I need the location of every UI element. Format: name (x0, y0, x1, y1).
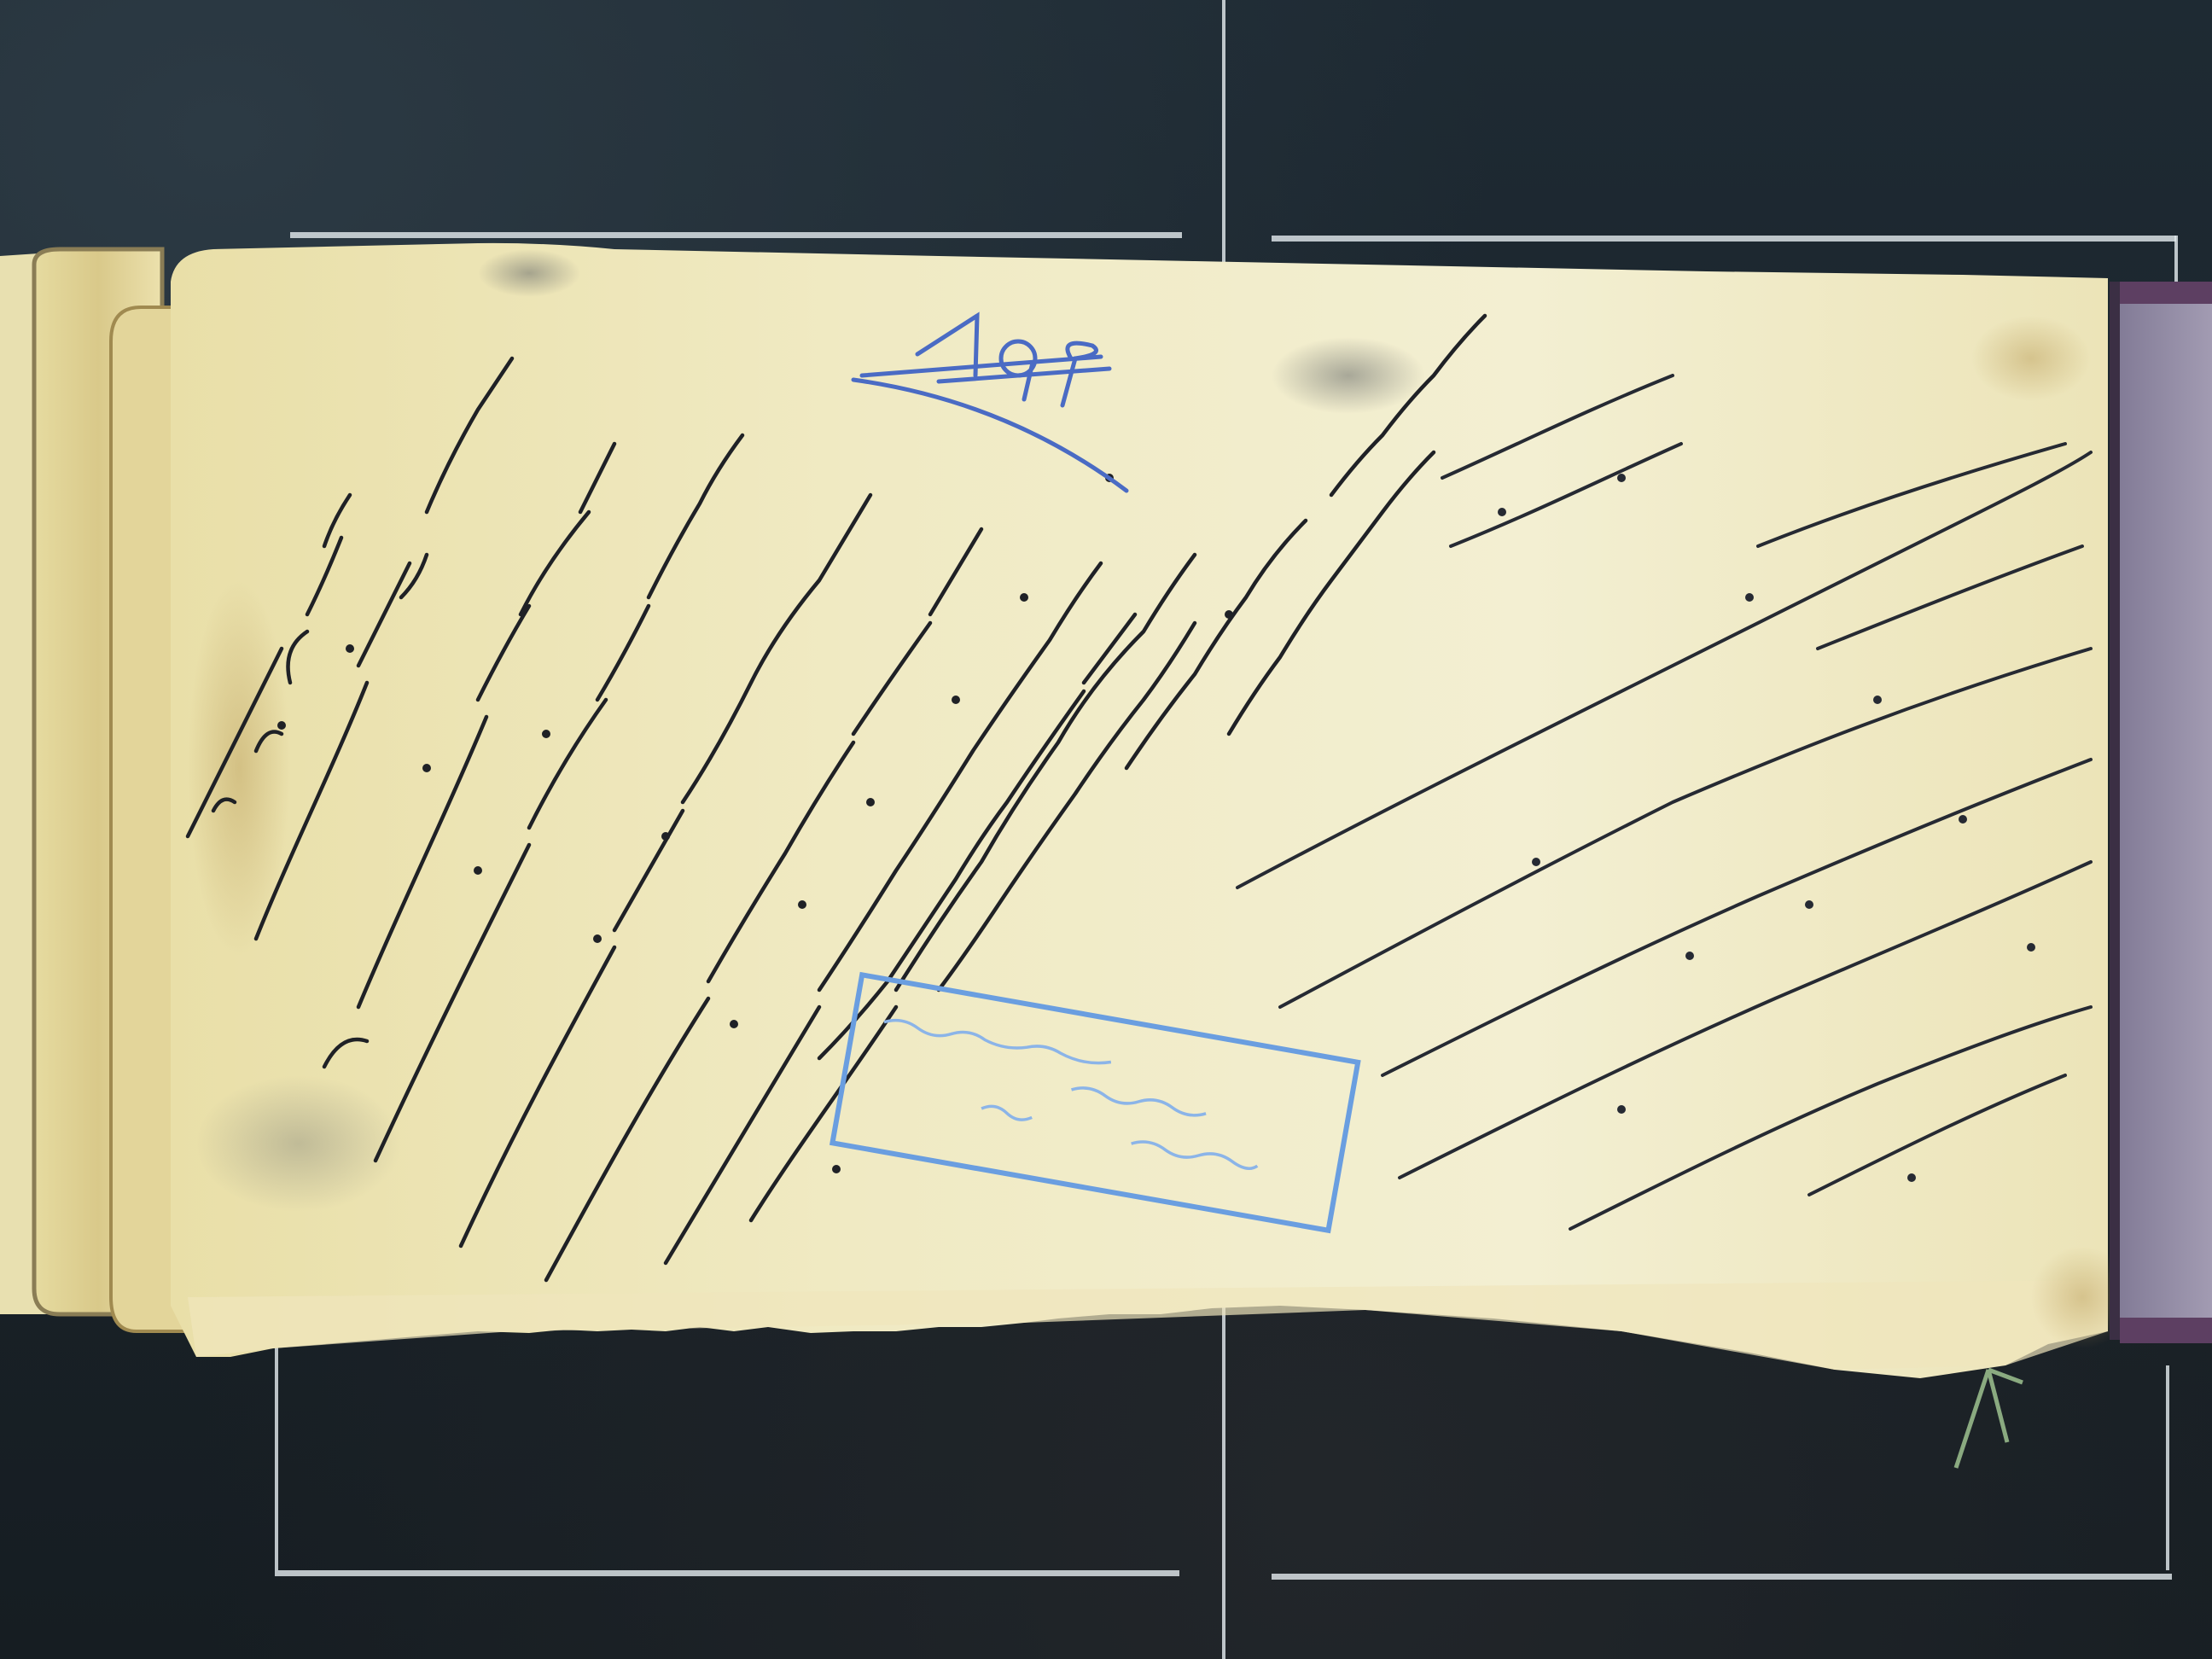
manuscript-scene (0, 0, 2212, 1659)
page-stack-left (0, 249, 188, 1331)
manuscript-page (171, 243, 2108, 1378)
plant-sprig (1956, 1370, 2023, 1468)
book-cover-binding (2110, 282, 2212, 1343)
stamp-text: (illegible library stamp, Persian) (0, 0, 1, 1)
